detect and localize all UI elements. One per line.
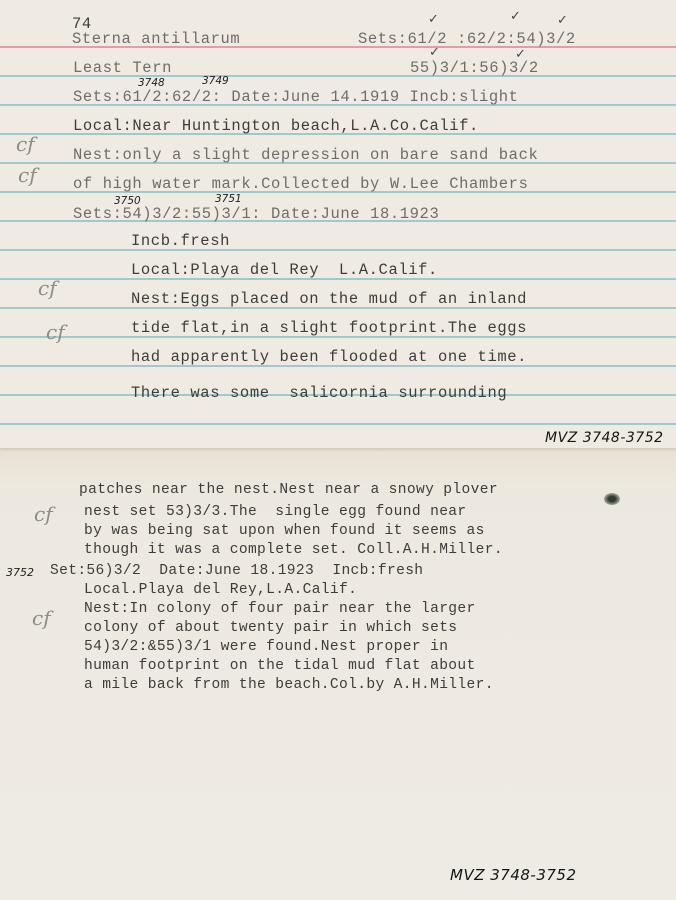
entry1-sets-date: Sets:61/2:62/2: Date:June 14.1919 Incb:s… [73, 88, 519, 106]
continuation-line3: by was being sat upon when found it seem… [84, 522, 485, 540]
species-scientific-name: Sterna antillarum [72, 30, 240, 48]
check-mark-icon: ✓ [429, 46, 440, 59]
entry3-nest-line4: human footprint on the tidal mud flat ab… [84, 657, 476, 675]
blue-rule [0, 249, 676, 251]
entry3-nest-line2: colony of about twenty pair in which set… [84, 619, 457, 637]
blue-rule [0, 423, 676, 425]
species-common-name: Least Tern [73, 59, 172, 77]
entry2-incubation: Incb.fresh [131, 232, 230, 250]
continuation-line2: nest set 53)3/3.The single egg found nea… [84, 503, 467, 521]
continuation-line4: though it was a complete set. Coll.A.H.M… [84, 541, 503, 559]
entry3-nest-line1: Nest:In colony of four pair near the lar… [84, 600, 476, 618]
entry3-nest-line5: a mile back from the beach.Col.by A.H.Mi… [84, 676, 494, 694]
entry2-nest-line1: Nest:Eggs placed on the mud of an inland [131, 290, 527, 308]
margin-pencil-mark: cf [38, 278, 57, 298]
ink-smudge [604, 493, 620, 505]
entry3-set-date: Set:56)3/2 Date:June 18.1923 Incb:fresh [50, 562, 423, 580]
catalog-range-label: MVZ 3748-3752 [545, 430, 664, 446]
sets-summary-line1: Sets:61/2 :62/2:54)3/2 [358, 30, 576, 48]
entry3-nest-line3: 54)3/2:&55)3/1 were found.Nest proper in [84, 638, 448, 656]
entry2-nest-line4: There was some salicornia surrounding [131, 384, 507, 402]
entry2-nest-line2: tide flat,in a slight footprint.The eggs [131, 319, 527, 337]
entry1-nest-line2: of high water mark.Collected by W.Lee Ch… [73, 175, 528, 193]
margin-pencil-mark: cf [32, 608, 51, 628]
margin-pencil-mark: cf [46, 322, 65, 342]
catalog-number-annotation: 3751 [215, 194, 242, 205]
top-specimen-card: 74 Sterna antillarum Sets:61/2 :62/2:54)… [0, 0, 676, 448]
check-mark-icon: ✓ [557, 14, 568, 27]
entry1-nest-line1: Nest:only a slight depression on bare sa… [73, 146, 538, 164]
check-mark-icon: ✓ [510, 10, 521, 23]
margin-pencil-mark: cf [18, 165, 37, 185]
margin-pencil-mark: cf [34, 504, 53, 524]
catalog-number-annotation: 3749 [202, 76, 229, 87]
margin-pencil-mark: cf [16, 134, 35, 154]
entry1-locality: Local:Near Huntington beach,L.A.Co.Calif… [73, 117, 479, 135]
catalog-range-label: MVZ 3748-3752 [450, 866, 577, 884]
entry2-locality: Local:Playa del Rey L.A.Calif. [131, 261, 438, 279]
entry2-nest-line3: had apparently been flooded at one time. [131, 348, 527, 366]
bottom-specimen-card: patches near the nest.Nest near a snowy … [0, 448, 676, 900]
check-mark-icon: ✓ [515, 48, 526, 61]
check-mark-icon: ✓ [428, 13, 439, 26]
catalog-number-annotation: 3752 [6, 567, 34, 578]
entry3-locality: Local.Playa del Rey,L.A.Calif. [84, 581, 357, 599]
entry2-sets-date: Sets:54)3/2:55)3/1: Date:June 18.1923 [73, 205, 439, 223]
continuation-line1: patches near the nest.Nest near a snowy … [79, 481, 498, 499]
